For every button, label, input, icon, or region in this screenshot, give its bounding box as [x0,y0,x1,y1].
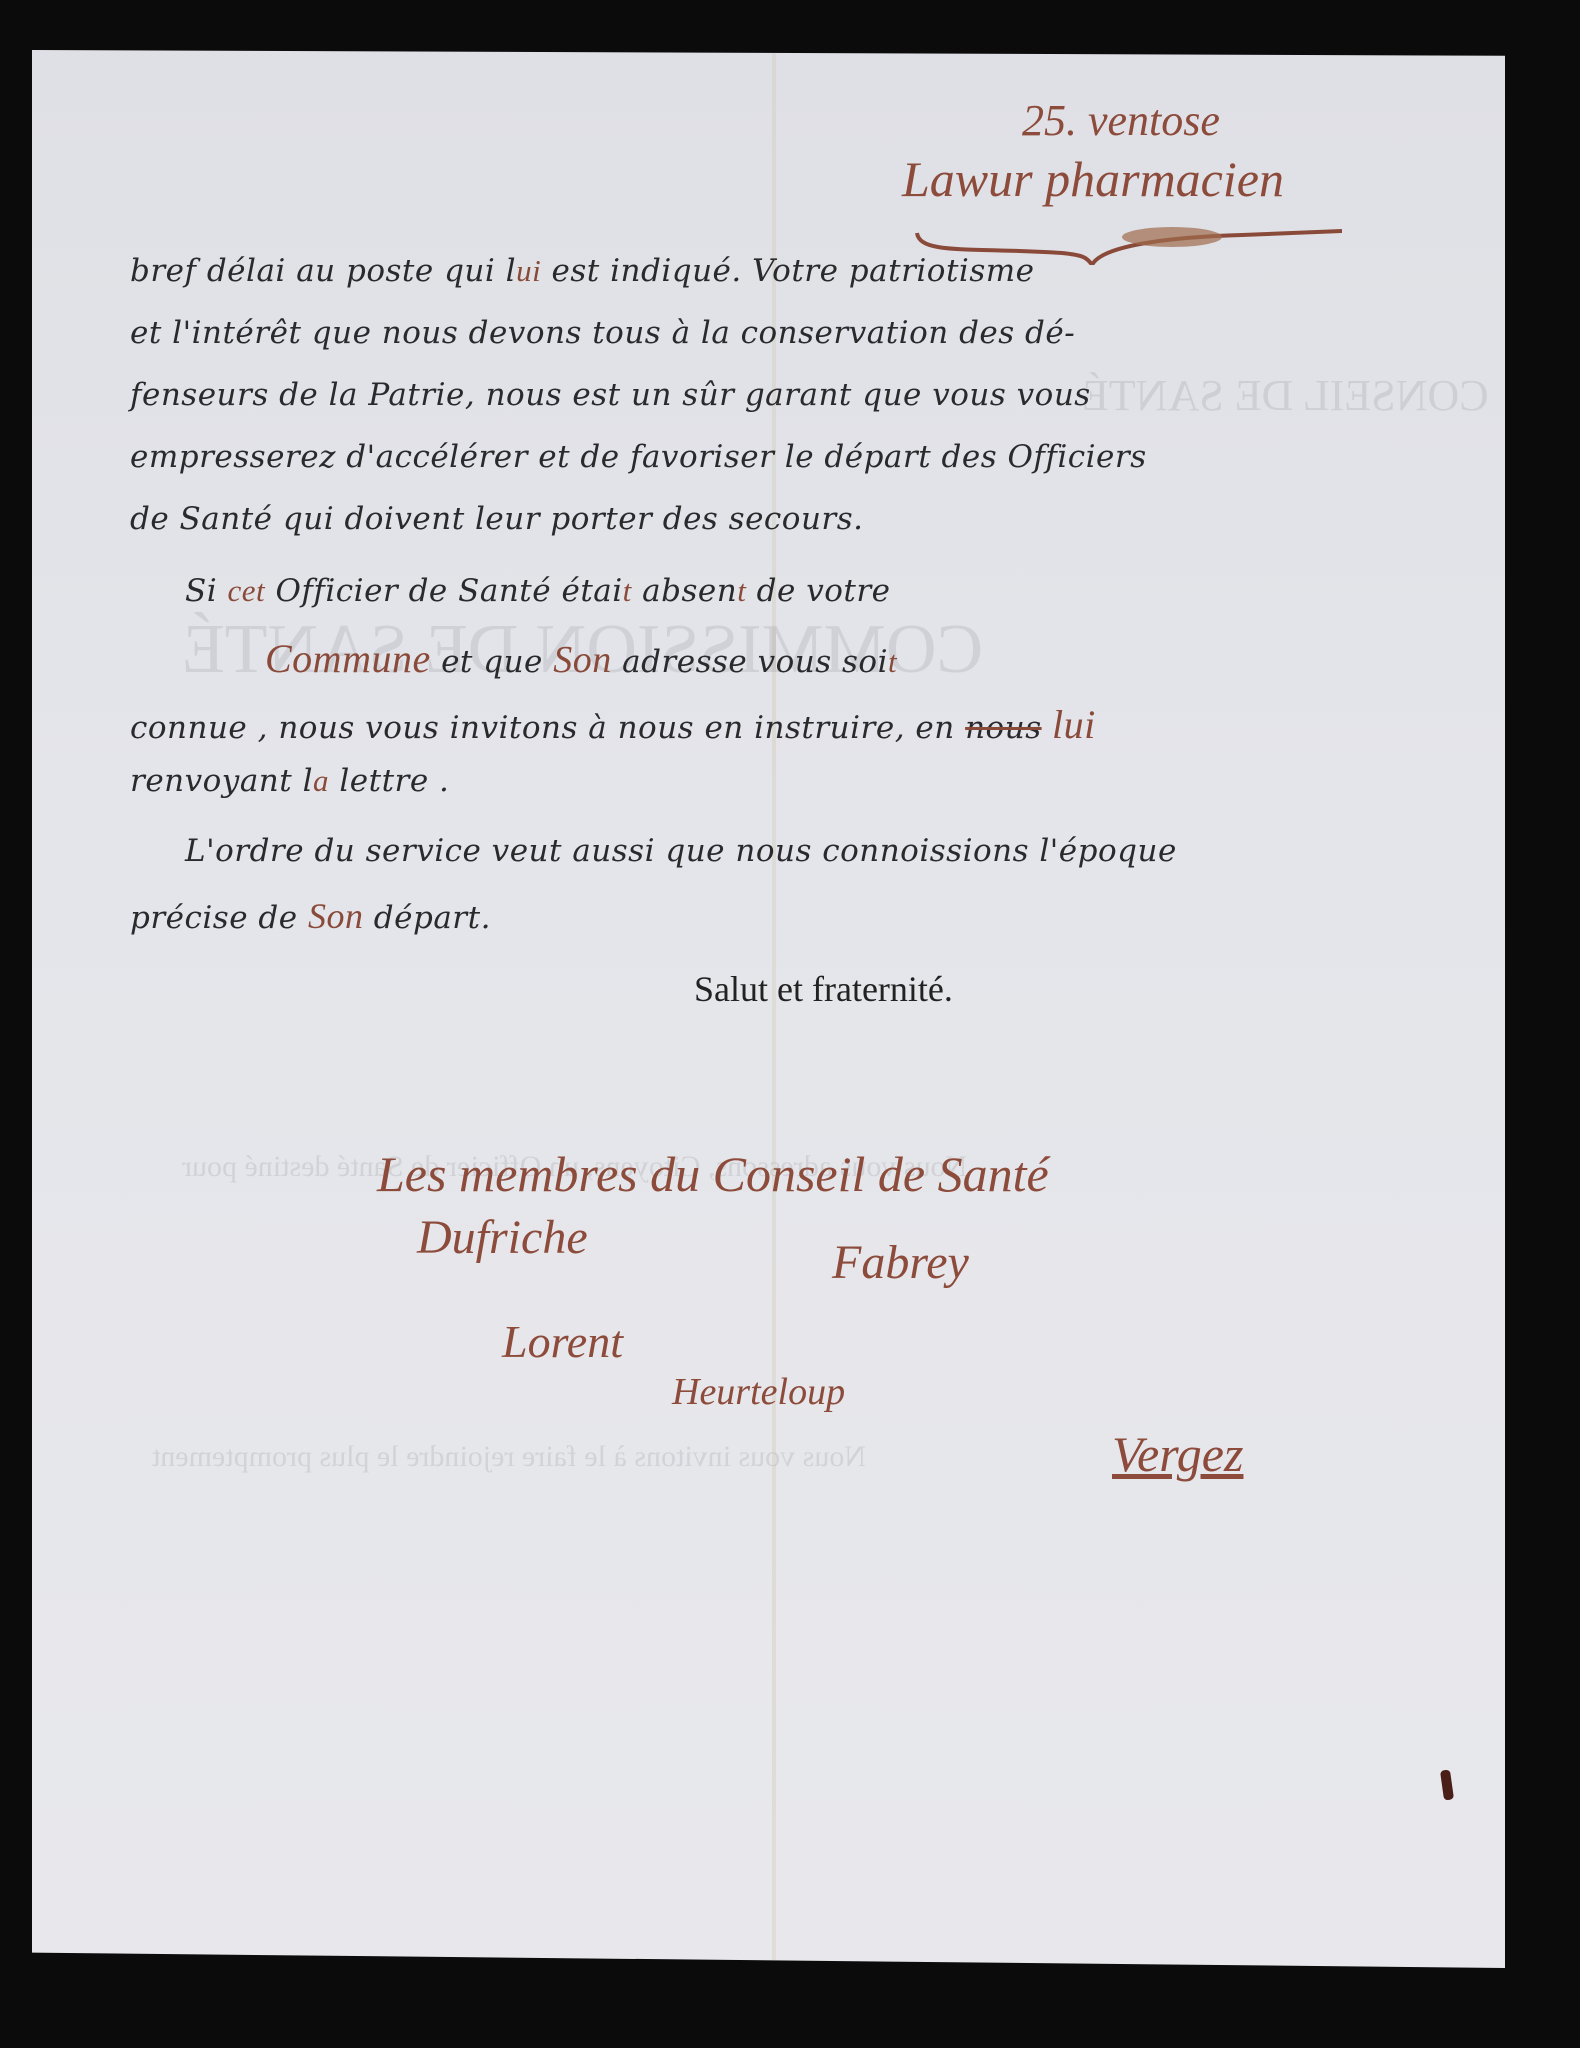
text-line: renvoyant la lettre . [130,763,449,799]
handwritten-date: 25. ventose [1022,95,1220,146]
signature: Heurteloup [672,1370,845,1414]
signature: Dufriche [417,1210,588,1265]
handwritten-recipient: Lawur pharmacien [902,150,1284,208]
text-line: de Santé qui doivent leur porter des sec… [130,501,864,537]
signature: Vergez [1112,1425,1243,1483]
text-line: Si cet Officier de Santé était absent de… [185,573,891,609]
struck-word: nous [965,710,1042,746]
text-line: empresserez d'accélérer et de favoriser … [130,439,1147,475]
signature: Fabrey [832,1235,969,1290]
ink-stain [1440,1769,1454,1800]
document-page: CONSEIL DE SANTÉ COMMISSION DE SANTÉ Nou… [32,50,1505,1968]
signature: Lorent [502,1315,623,1368]
text-line: L'ordre du service veut aussi que nous c… [185,833,1177,869]
signature-heading: Les membres du Conseil de Santé [377,1145,1049,1203]
text-line: Commune et que Son adresse vous soit [265,635,897,682]
bleed-through-text: CONSEIL DE SANTÉ [1082,370,1489,421]
text-line: précise de Son départ. [130,895,491,937]
text-line: connue , nous vous invitons à nous en in… [130,701,1096,748]
closing-salutation: Salut et fraternité. [694,968,953,1010]
manuscript-insert: ui [516,253,541,288]
text-line: bref délai au poste qui lui est indiqué.… [130,253,1035,289]
bleed-through-text: Nous vous invitons à le faire rejoindre … [152,1440,866,1474]
text-line: fenseurs de la Patrie, nous est un sûr g… [130,377,1091,413]
text-line: et l'intérêt que nous devons tous à la c… [130,315,1075,351]
